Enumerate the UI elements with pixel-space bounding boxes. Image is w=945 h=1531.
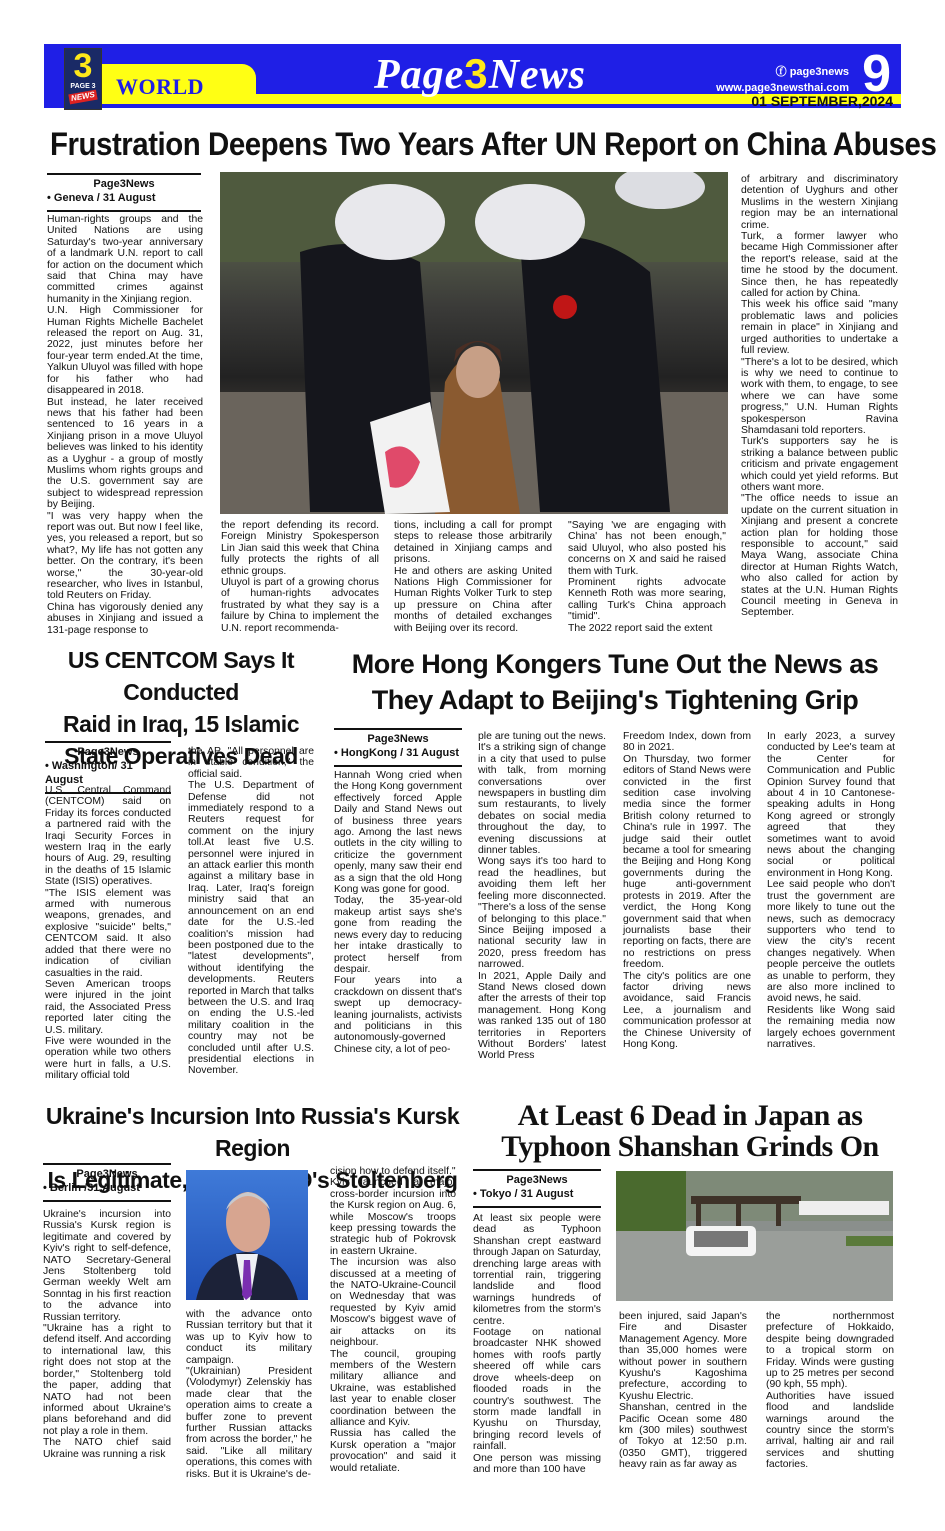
article-column: the northernmost prefecture of Hokkaido,… <box>766 1311 894 1471</box>
issue-date: 01 SEPTEMBER,2024 <box>751 94 893 108</box>
article-paragraph: The U.S. Department of Defense did not i… <box>188 780 314 1077</box>
logo-number: 3 <box>74 49 93 83</box>
article-paragraph: Uluyol is part of a growing chorus of hu… <box>221 577 379 634</box>
article-paragraph: Five were wounded in the operation while… <box>45 1036 171 1082</box>
article-paragraph: of arbitrary and discriminatory detentio… <box>741 174 898 231</box>
text: At Least 6 Dead in Japan as <box>470 1100 910 1131</box>
article-column: cision how to defend itself."Kyiv launch… <box>330 1166 456 1474</box>
article-paragraph: The 2022 report said the extent <box>568 623 726 634</box>
text: Raid in Iraq, 15 Islamic <box>40 708 322 740</box>
flooded-car-photo <box>616 1171 893 1301</box>
masthead: 3 PAGE 3 NEWS WORLD Page3News ⓕ page3new… <box>44 44 901 108</box>
article-paragraph: the northernmost prefecture of Hokkaido,… <box>766 1311 894 1391</box>
article-paragraph: "The ISIS element was armed with numerou… <box>45 888 171 979</box>
article-paragraph: In early 2023, a survey conducted by Lee… <box>767 731 895 879</box>
byline-china: Page3News • Geneva / 31 August <box>47 173 201 212</box>
article-paragraph: The incursion was also discussed at a me… <box>330 1257 456 1348</box>
article-paragraph: U.N. High Commissioner for Human Rights … <box>47 305 203 396</box>
headline-japan: At Least 6 Dead in Japan as Typhoon Shan… <box>470 1100 910 1162</box>
headline-hongkong: More Hong Kongers Tune Out the News as T… <box>330 646 900 718</box>
text: Ukraine's Incursion Into Russia's Kursk … <box>40 1100 465 1164</box>
article-paragraph: "(Ukrainian) President (Volodymyr) Zelen… <box>186 1366 312 1480</box>
article-paragraph: Today, the 35-year-old makeup artist say… <box>334 895 462 975</box>
article-paragraph: In 2021, Apple Daily and Stand News clos… <box>478 971 606 1062</box>
article-column: Ukraine's incursion into Russia's Kursk … <box>43 1209 171 1460</box>
text: • Washington/ 31 August <box>45 759 171 787</box>
text: • Tokyo / 31 August <box>473 1187 601 1201</box>
article-paragraph: At least six people were dead as Typhoon… <box>473 1213 601 1327</box>
article-paragraph: On Thursday, two former editors of Stand… <box>623 754 751 971</box>
page3-logo: 3 PAGE 3 NEWS <box>64 48 102 110</box>
article-column: Freedom Index, down from 80 in 2021.On T… <box>623 731 751 1050</box>
article-paragraph: been injured, said Japan's Fire and Disa… <box>619 1311 747 1402</box>
article-paragraph: tions, including a call for prompt steps… <box>394 520 552 566</box>
article-paragraph: Prominent rights advocate Kenneth Roth w… <box>568 577 726 623</box>
headline-china: Frustration Deepens Two Years After UN R… <box>50 126 906 162</box>
article-paragraph: "Ukraine has a right to defend itself. A… <box>43 1323 171 1437</box>
article-paragraph: But instead, he later received news that… <box>47 397 203 511</box>
text: Page3News <box>473 1174 601 1187</box>
article-paragraph: "The office needs to issue an update on … <box>741 493 898 618</box>
logo-badge: NEWS <box>68 90 97 105</box>
article-paragraph: U.S. Central Command (CENTCOM) said on F… <box>45 785 171 888</box>
article-column: At least six people were dead as Typhoon… <box>473 1213 601 1475</box>
article-paragraph: Residents like Wong said the remaining m… <box>767 1005 895 1051</box>
article-paragraph: cision how to defend itself." <box>330 1166 456 1177</box>
article-paragraph: The city's politics are one factor drivi… <box>623 971 751 1051</box>
article-column: ple are tuning out the news. It's a stri… <box>478 731 606 1062</box>
article-paragraph: Lee said people who don't trust the gove… <box>767 879 895 1004</box>
article-column: of arbitrary and discriminatory detentio… <box>741 174 898 619</box>
article-paragraph: Freedom Index, down from 80 in 2021. <box>623 731 751 754</box>
article-paragraph: Wong says it's too hard to read the head… <box>478 856 606 970</box>
portrait-illustration <box>186 1170 308 1300</box>
article-column: the report defending its record. Foreign… <box>221 520 379 634</box>
article-column: "Saying 'we are engaging with China' has… <box>568 520 726 634</box>
article-paragraph: "Saying 'we are engaging with China' has… <box>568 520 726 577</box>
article-paragraph: "I was very happy when the report was ou… <box>47 511 203 602</box>
text: Page3News <box>45 746 171 759</box>
article-paragraph: Russia has called the Kursk operation a … <box>330 1428 456 1474</box>
byline-source: Page3News <box>47 178 201 191</box>
article-column: tions, including a call for prompt steps… <box>394 520 552 634</box>
article-column: U.S. Central Command (CENTCOM) said on F… <box>45 785 171 1082</box>
article-paragraph: the AP. "All personnel are in stable con… <box>188 746 314 780</box>
photo-illustration <box>220 172 728 514</box>
brand-right: News <box>489 52 586 98</box>
article-paragraph: "There's a lot to be desired, which is w… <box>741 357 898 437</box>
article-paragraph: Ukraine's incursion into Russia's Kursk … <box>43 1209 171 1323</box>
text: US CENTCOM Says It Conducted <box>40 644 322 708</box>
text: Page3News <box>43 1168 171 1181</box>
article-paragraph: Seven American troops were injured in th… <box>45 979 171 1036</box>
police-detaining-protester-photo <box>220 172 728 514</box>
article-paragraph: Shanshan, centred in the Pacific Ocean s… <box>619 1402 747 1470</box>
byline-hongkong: Page3News • HongKong / 31 August <box>334 728 462 767</box>
article-column: with the advance onto Russian territory … <box>186 1309 312 1480</box>
article-paragraph: He and others are asking United Nations … <box>394 566 552 634</box>
article-paragraph: The NATO chief said Ukraine was running … <box>43 1437 171 1460</box>
stoltenberg-portrait-photo <box>186 1170 308 1300</box>
article-paragraph: Hannah Wong cried when the Hong Kong gov… <box>334 770 462 895</box>
article-paragraph: the report defending its record. Foreign… <box>221 520 379 577</box>
article-paragraph: Turk, a former lawyer who became High Co… <box>741 231 898 299</box>
article-column: been injured, said Japan's Fire and Disa… <box>619 1311 747 1471</box>
article-column: Hannah Wong cried when the Hong Kong gov… <box>334 770 462 1055</box>
text: Page3News <box>334 733 462 746</box>
flood-illustration <box>616 1171 893 1301</box>
article-paragraph: Authorities have issued flood and landsl… <box>766 1391 894 1471</box>
byline-dateline: • Geneva / 31 August <box>47 191 201 205</box>
text: They Adapt to Beijing's Tightening Grip <box>330 682 900 718</box>
article-paragraph: ple are tuning out the news. It's a stri… <box>478 731 606 856</box>
article-column: the AP. "All personnel are in stable con… <box>188 746 314 1077</box>
article-paragraph: This week his office said "many problema… <box>741 299 898 356</box>
article-paragraph: with the advance onto Russian territory … <box>186 1309 312 1366</box>
article-column: Human-rights groups and the United Natio… <box>47 214 203 636</box>
facebook-handle: ⓕ page3news <box>776 66 849 79</box>
article-paragraph: Footage on national broadcaster NHK show… <box>473 1327 601 1452</box>
byline-japan: Page3News • Tokyo / 31 August <box>473 1169 601 1208</box>
article-paragraph: China has vigorously denied any abuses i… <box>47 602 203 636</box>
article-paragraph: Human-rights groups and the United Natio… <box>47 214 203 305</box>
section-label: WORLD <box>116 74 204 100</box>
text: Typhoon Shanshan Grinds On <box>470 1131 910 1162</box>
text: More Hong Kongers Tune Out the News as <box>330 646 900 682</box>
brand-title: Page3News <box>374 50 586 99</box>
article-column: In early 2023, a survey conducted by Lee… <box>767 731 895 1050</box>
text: • HongKong / 31 August <box>334 746 462 760</box>
article-paragraph: Kyiv launched a major cross-border incur… <box>330 1177 456 1257</box>
article-paragraph: Four years into a crackdown on dissent t… <box>334 975 462 1055</box>
article-paragraph: The council, grouping members of the Wes… <box>330 1349 456 1429</box>
text: • Berlin /31 August <box>43 1181 171 1195</box>
article-paragraph: One person was missing and more than 100… <box>473 1453 601 1476</box>
article-paragraph: Turk's supporters say he is striking a b… <box>741 436 898 493</box>
brand-left: Page <box>374 52 464 98</box>
brand-three: 3 <box>464 50 488 97</box>
byline-ukraine: Page3News • Berlin /31 August <box>43 1163 171 1202</box>
